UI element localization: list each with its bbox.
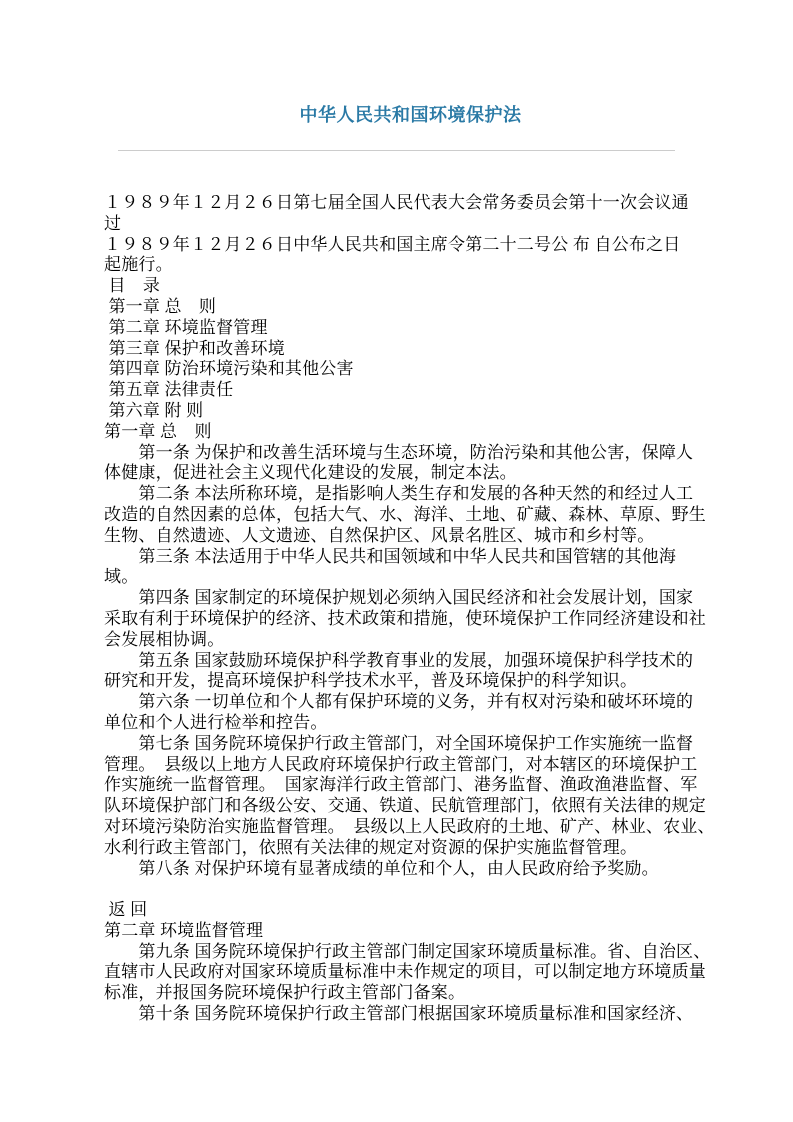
text-line: 第二章 环境监督管理 xyxy=(104,318,689,339)
text-line: 目 录 xyxy=(104,276,689,297)
text-line: 单位和个人进行检举和控告。 xyxy=(104,713,689,734)
text-line: 直辖市人民政府对国家环境质量标准中未作规定的项目，可以制定地方环境质量 xyxy=(104,962,689,983)
document-page: 中华人民共和国环境保护法 １９８９年１２月２６日第七届全国人民代表大会常务委员会… xyxy=(0,0,793,1122)
text-line: 第四条 国家制定的环境保护规划必须纳入国民经济和社会发展计划，国家 xyxy=(104,588,689,609)
text-line: 研究和开发，提高环境保护科学技术水平，普及环境保护的科学知识。 xyxy=(104,671,689,692)
return-link[interactable]: 返 回 xyxy=(104,900,689,921)
text-line: 会发展相协调。 xyxy=(104,630,689,651)
text-line: 采取有利于环境保护的经济、技术政策和措施，使环境保护工作同经济建设和社 xyxy=(104,609,689,630)
text-line: 第四章 防治环境污染和其他公害 xyxy=(104,359,689,380)
text-line: 第二条 本法所称环境，是指影响人类生存和发展的各种天然的和经过人工 xyxy=(104,484,689,505)
text-line: 第五条 国家鼓励环境保护科学教育事业的发展，加强环境保护科学技术的 xyxy=(104,651,689,672)
text-line: 第一章 总 则 xyxy=(104,297,689,318)
text-line: 第三章 保护和改善环境 xyxy=(104,339,689,360)
text-line: 水利行政主管部门，依照有关法律的规定对资源的保护实施监督管理。 xyxy=(104,838,689,859)
text-line: 第十条 国务院环境保护行政主管部门根据国家环境质量标准和国家经济、 xyxy=(104,1004,689,1025)
text-line: 管理。 县级以上地方人民政府环境保护行政主管部门，对本辖区的环境保护工 xyxy=(104,755,689,776)
text-line: 第六条 一切单位和个人都有保护环境的义务，并有权对污染和破坏环境的 xyxy=(104,692,689,713)
text-line: 域。 xyxy=(104,567,689,588)
text-line: 过 xyxy=(104,214,689,235)
text-line: １９８９年１２月２６日第七届全国人民代表大会常务委员会第十一次会议通 xyxy=(104,193,689,214)
text-line: 第五章 法律责任 xyxy=(104,380,689,401)
text-line: 标准，并报国务院环境保护行政主管部门备案。 xyxy=(104,983,689,1004)
page-title: 中华人民共和国环境保护法 xyxy=(104,103,689,127)
horizontal-divider xyxy=(118,150,675,151)
text-line: 对环境污染防治实施监督管理。 县级以上人民政府的土地、矿产、林业、农业、 xyxy=(104,817,689,838)
text-line: 起施行。 xyxy=(104,255,689,276)
text-line: 第一条 为保护和改善生活环境与生态环境，防治污染和其他公害，保障人 xyxy=(104,443,689,464)
text-line: 第三条 本法适用于中华人民共和国领域和中华人民共和国管辖的其他海 xyxy=(104,547,689,568)
text-line xyxy=(104,879,689,900)
text-line: 生物、自然遗迹、人文遗迹、自然保护区、风景名胜区、城市和乡村等。 xyxy=(104,526,689,547)
text-line: 改造的自然因素的总体，包括大气、水、海洋、土地、矿藏、森林、草原、野生 xyxy=(104,505,689,526)
document-body: １９８９年１２月２６日第七届全国人民代表大会常务委员会第十一次会议通过１９８９年… xyxy=(104,193,689,1025)
text-line: 第二章 环境监督管理 xyxy=(104,921,689,942)
text-line: 第九条 国务院环境保护行政主管部门制定国家环境质量标准。省、自治区、 xyxy=(104,942,689,963)
text-line: 第一章 总 则 xyxy=(104,422,689,443)
text-line: 体健康，促进社会主义现代化建设的发展，制定本法。 xyxy=(104,463,689,484)
text-line: 第六章 附 则 xyxy=(104,401,689,422)
text-line: 第八条 对保护环境有显著成绩的单位和个人，由人民政府给予奖励。 xyxy=(104,859,689,880)
text-line: １９８９年１２月２６日中华人民共和国主席令第二十二号公 布 自公布之日 xyxy=(104,235,689,256)
text-line: 队环境保护部门和各级公安、交通、铁道、民航管理部门，依照有关法律的规定 xyxy=(104,796,689,817)
text-line: 作实施统一监督管理。 国家海洋行政主管部门、港务监督、渔政渔港监督、军 xyxy=(104,775,689,796)
text-line: 第七条 国务院环境保护行政主管部门，对全国环境保护工作实施统一监督 xyxy=(104,734,689,755)
